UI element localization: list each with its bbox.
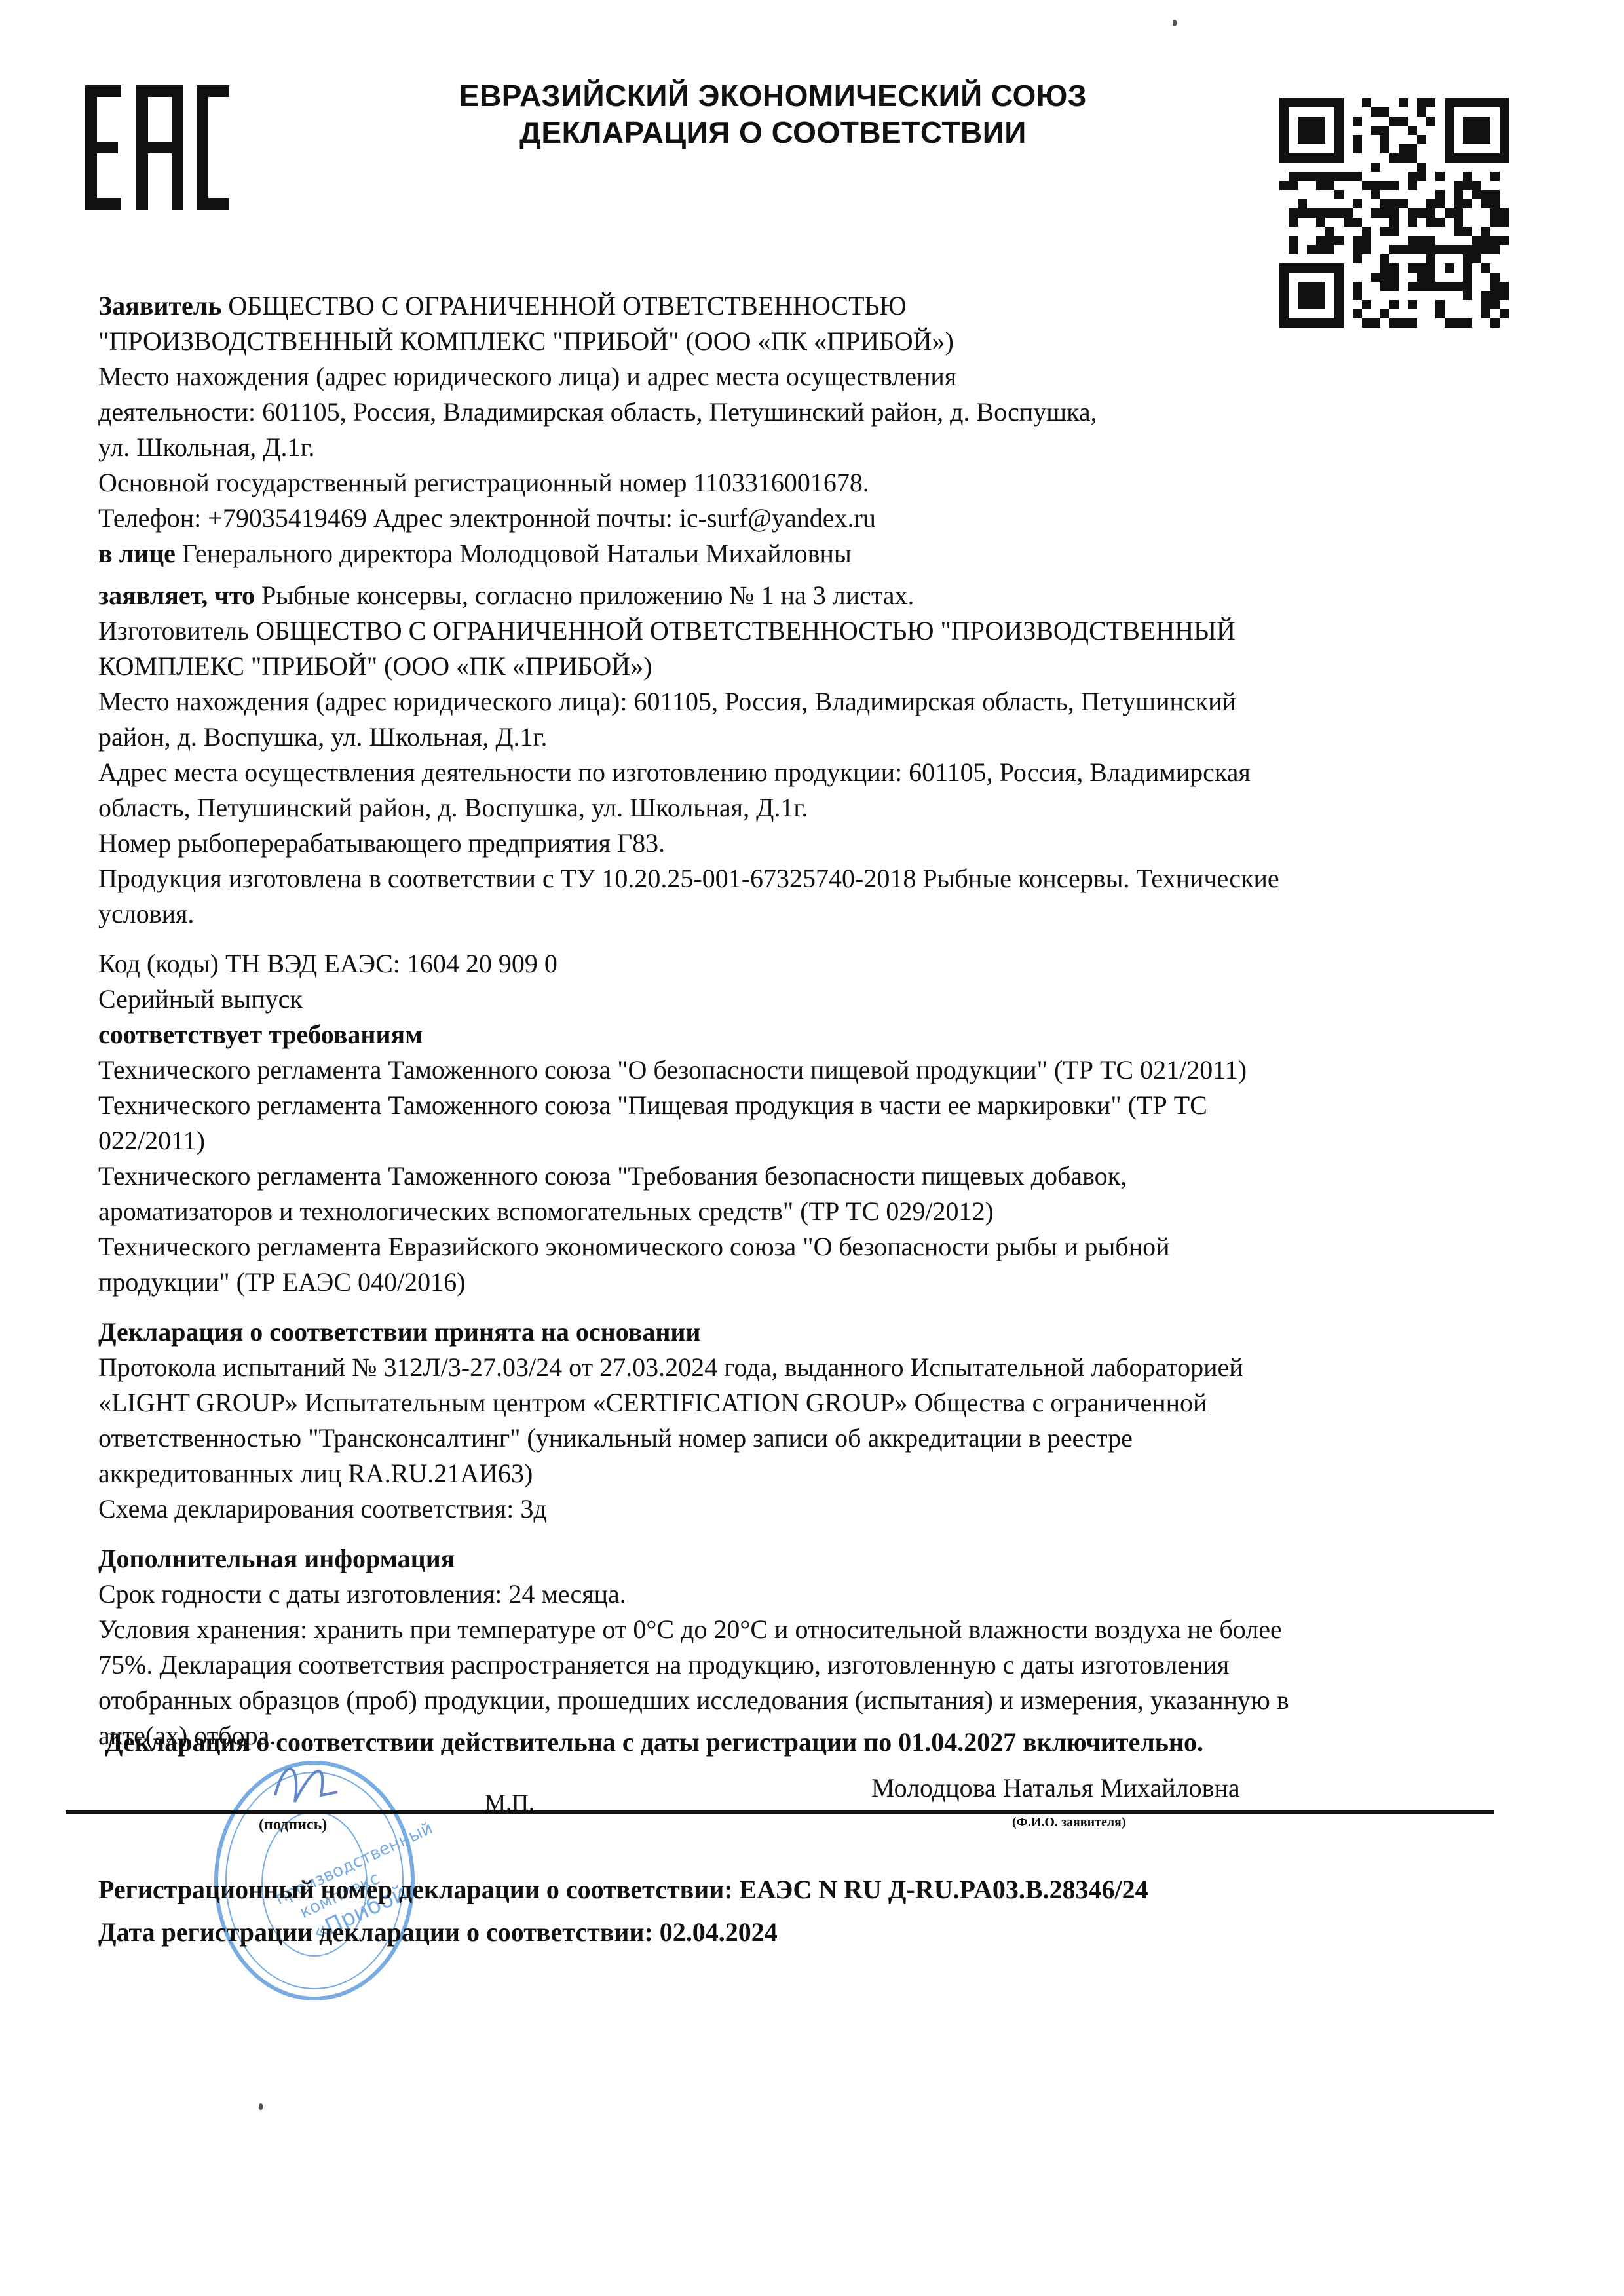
- manufacturer-legal-address-1: Место нахождения (адрес юридического лиц…: [98, 684, 1507, 719]
- manufacturer-2: КОМПЛЕКС "ПРИБОЙ" (ООО «ПК «ПРИБОЙ»): [98, 649, 1507, 684]
- declared-product: Рыбные консервы, согласно приложению № 1…: [261, 581, 915, 610]
- signature-line: [66, 1810, 1494, 1814]
- standard-2: условия.: [98, 896, 1507, 932]
- requirement-line: Технического регламента Таможенного союз…: [98, 1052, 1507, 1088]
- represented-by: Генерального директора Молодцовой Наталь…: [182, 539, 852, 568]
- registration-date: Дата регистрации декларации о соответств…: [98, 1917, 778, 1947]
- additional-line: Условия хранения: хранить при температур…: [98, 1612, 1507, 1647]
- applicant-address-3: ул. Школьная, Д.1г.: [98, 430, 1507, 465]
- applicant-address-2: деятельности: 601105, Россия, Владимирск…: [98, 394, 1507, 430]
- applicant-line: Заявитель ОБЩЕСТВО С ОГРАНИЧЕННОЙ ОТВЕТС…: [98, 288, 1507, 324]
- registration-number: Регистрационный номер декларации о соотв…: [98, 1874, 1148, 1905]
- shelf-life: Срок годности с даты изготовления: 24 ме…: [98, 1577, 1507, 1612]
- represented-label: в лице: [98, 539, 176, 568]
- requirements-list: Технического регламента Таможенного союз…: [98, 1052, 1507, 1300]
- scan-speck: [259, 2103, 263, 2110]
- requirement-line: Технического регламента Евразийского эко…: [98, 1229, 1507, 1265]
- name-caption: (Ф.И.О. заявителя): [1012, 1815, 1126, 1830]
- signer-name: Молодцова Наталья Михайловна: [871, 1772, 1240, 1803]
- additional-line: отобранных образцов (проб) продукции, пр…: [98, 1683, 1507, 1718]
- requirement-line: Технического регламента Таможенного союз…: [98, 1088, 1507, 1123]
- represented-line: в лице Генерального директора Молодцовой…: [98, 536, 1507, 571]
- applicant-contacts: Телефон: +79035419469 Адрес электронной …: [98, 501, 1507, 536]
- signature-caption: (подпись): [259, 1816, 327, 1834]
- requirements-heading: соответствует требованиям: [98, 1017, 1507, 1052]
- declaration-scheme: Схема декларирования соответствия: 3д: [98, 1491, 1507, 1527]
- requirement-line: продукции" (ТР ЕАЭС 040/2016): [98, 1265, 1507, 1300]
- applicant-label: Заявитель: [98, 291, 221, 320]
- basis-line: «LIGHT GROUP» Испытательным центром «CER…: [98, 1385, 1507, 1421]
- basis-line: аккредитованных лиц RA.RU.21АИ63): [98, 1456, 1507, 1491]
- applicant-ogrn: Основной государственный регистрационный…: [98, 465, 1507, 501]
- requirement-line: Технического регламента Таможенного союз…: [98, 1158, 1507, 1194]
- applicant-address-1: Место нахождения (адрес юридического лиц…: [98, 359, 1507, 394]
- manufacturer-production-address-1: Адрес места осуществления деятельности п…: [98, 755, 1507, 790]
- basis-line: ответственностью "Трансконсалтинг" (уник…: [98, 1421, 1507, 1456]
- manufacturer-production-address-2: область, Петушинский район, д. Воспушка,…: [98, 790, 1507, 826]
- basis-list: Протокола испытаний № 312Л/3-27.03/24 от…: [98, 1350, 1507, 1491]
- manufacturer-1: Изготовитель ОБЩЕСТВО С ОГРАНИЧЕННОЙ ОТВ…: [98, 613, 1507, 649]
- additional-line: 75%. Декларация соответствия распростран…: [98, 1647, 1507, 1683]
- hs-code: Код (коды) ТН ВЭД ЕАЭС: 1604 20 909 0: [98, 946, 1507, 982]
- basis-heading: Декларация о соответствии принята на осн…: [98, 1314, 1507, 1350]
- applicant-name-cont: "ПРОИЗВОДСТВЕННЫЙ КОМПЛЕКС "ПРИБОЙ" (ООО…: [98, 324, 1507, 359]
- release-type: Серийный выпуск: [98, 982, 1507, 1017]
- standard-1: Продукция изготовлена в соответствии с Т…: [98, 861, 1507, 896]
- plant-number: Номер рыбоперерабатывающего предприятия …: [98, 826, 1507, 861]
- declares-label: заявляет, что: [98, 581, 255, 610]
- basis-line: Протокола испытаний № 312Л/3-27.03/24 от…: [98, 1350, 1507, 1385]
- additional-heading: Дополнительная информация: [98, 1541, 1507, 1577]
- manufacturer-legal-address-2: район, д. Воспушка, ул. Школьная, Д.1г.: [98, 719, 1507, 755]
- scan-speck: [1173, 20, 1177, 26]
- union-title: ЕВРАЗИЙСКИЙ ЭКОНОМИЧЕСКИЙ СОЮЗ: [367, 77, 1179, 114]
- document-title: ДЕКЛАРАЦИЯ О СООТВЕТСТВИИ: [367, 114, 1179, 151]
- requirement-line: 022/2011): [98, 1123, 1507, 1158]
- requirement-line: ароматизаторов и технологических вспомог…: [98, 1194, 1507, 1229]
- declares-line: заявляет, что Рыбные консервы, согласно …: [98, 578, 1507, 613]
- applicant-name: ОБЩЕСТВО С ОГРАНИЧЕННОЙ ОТВЕТСТВЕННОСТЬЮ: [228, 291, 906, 320]
- eac-mark-icon: [85, 85, 229, 210]
- eac-logo: [85, 85, 229, 210]
- declaration-body: Заявитель ОБЩЕСТВО С ОГРАНИЧЕННОЙ ОТВЕТС…: [98, 288, 1507, 1753]
- document-header: ЕВРАЗИЙСКИЙ ЭКОНОМИЧЕСКИЙ СОЮЗ ДЕКЛАРАЦИ…: [367, 77, 1179, 151]
